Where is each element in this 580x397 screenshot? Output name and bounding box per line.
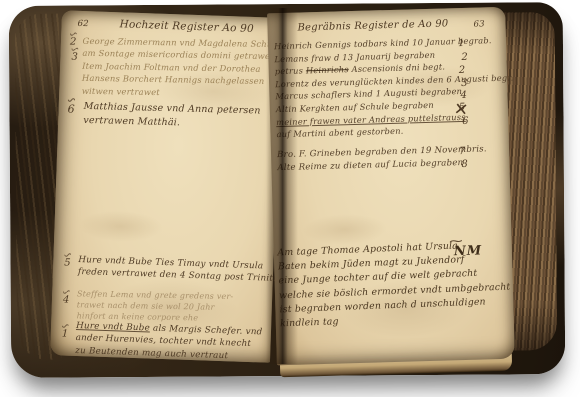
margin-number: 5 (64, 257, 71, 268)
entry-line-part: petrus (275, 66, 306, 77)
cross-mark: ✕ (453, 99, 469, 120)
marriage-entry-block: Matthias Jausse vnd Anna petersen vertra… (83, 100, 261, 132)
book: 62 Hochzeit Register Ao 90 2 3 George Zi… (8, 2, 568, 386)
struck-word: Heinrichs (306, 64, 349, 75)
tally-number: 2 (459, 65, 466, 76)
margin-number: 3 (71, 52, 78, 63)
nm-monogram: NM (454, 243, 483, 259)
right-page: Begräbnis Register de Ao 90 63 Heinrich … (267, 7, 515, 366)
margin-number: 2 (70, 37, 77, 48)
entry-line-part: Ascensionis dni begt. (349, 62, 446, 75)
marriage-entry-block: Steffen Lema vnd grete gredens ver- traw… (77, 289, 234, 324)
underlined-words: Hure vndt Bube (76, 321, 150, 334)
burial-entry-block-late: Bro. F. Grineben begraben den 19 Novembr… (277, 143, 487, 175)
photo-of-open-register-book: 62 Hochzeit Register Ao 90 2 3 George Zi… (0, 0, 580, 397)
tally-number: 8 (461, 159, 468, 170)
tally-number: 3 (461, 78, 468, 89)
left-page-header: Hochzeit Register Ao 90 (119, 17, 254, 37)
tally-number: 2 (461, 52, 468, 63)
tally-number: 7 (459, 146, 466, 157)
margin-number: 4 (63, 294, 70, 305)
marriage-entry-block: George Zimmermann vnd Magdalena Schult. … (82, 35, 282, 100)
left-page: 62 Hochzeit Register Ao 90 2 3 George Zi… (50, 10, 282, 362)
marriage-entry-block: Hure vndt Bube Ties Timay vndt Ursula fr… (78, 254, 277, 286)
marriage-entry-block: Hure vndt Bube als Margis Schefer. vnd a… (75, 320, 263, 364)
left-page-number: 62 (77, 18, 89, 31)
tally-number: 1 (458, 38, 465, 49)
margin-number: 1 (62, 328, 69, 339)
right-page-number: 63 (473, 18, 485, 31)
burial-entry-block: Heinrich Gennigs todbars kind 10 Januar … (274, 34, 515, 141)
right-page-header: Begräbnis Register de Ao 90 (297, 17, 448, 36)
margin-number: 6 (67, 103, 74, 116)
